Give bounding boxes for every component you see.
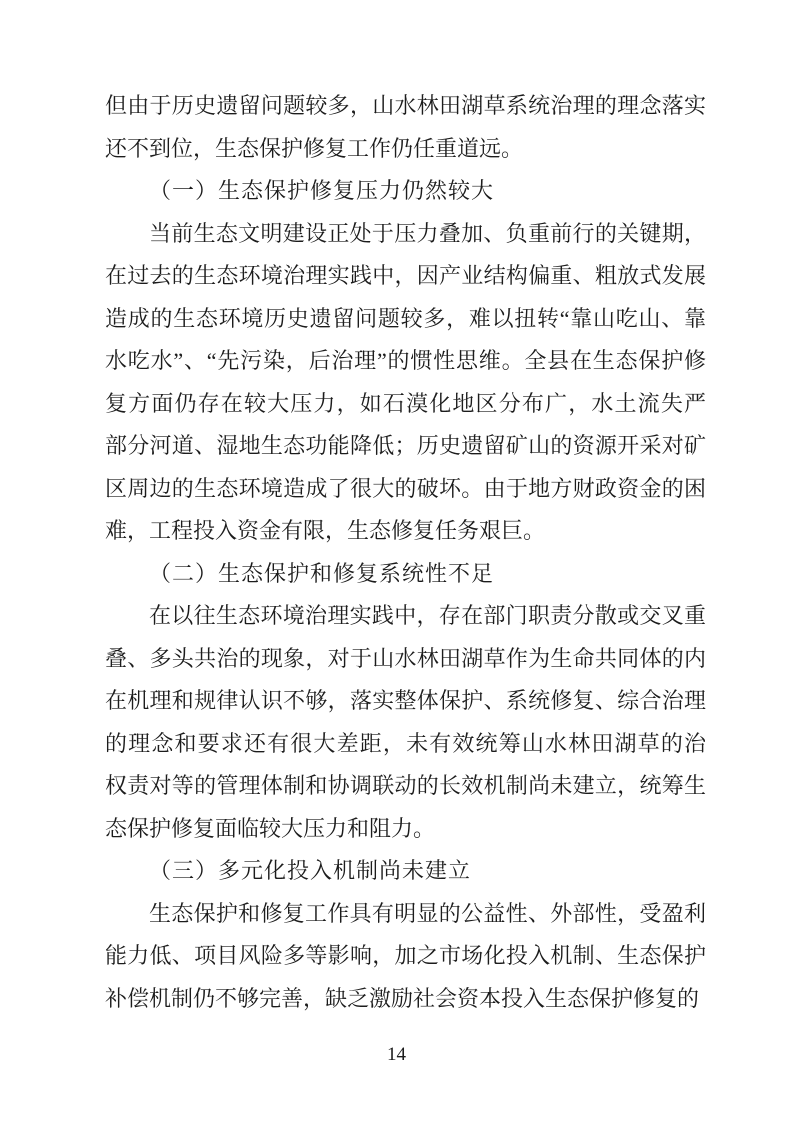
body-text-line: 生态保护和修复工作具有明显的公益性、外部性，受盈利 bbox=[105, 893, 706, 936]
paragraph: 当前生态文明建设正处于压力叠加、负重前行的关键期，在过去的生态环境治理实践中，因… bbox=[105, 213, 706, 553]
body-text-line: 水吃水”、“先污染，后治理”的惯性思维。全县在生态保护修 bbox=[105, 340, 706, 383]
body-text-line: 复方面仍存在较大压力，如石漠化地区分布广，水土流失严重； bbox=[105, 383, 706, 426]
body-text-line: 区周边的生态环境造成了很大的破坏。由于地方财政资金的困 bbox=[105, 468, 706, 511]
body-text-line: 当前生态文明建设正处于压力叠加、负重前行的关键期， bbox=[105, 213, 706, 256]
paragraph: 生态保护和修复工作具有明显的公益性、外部性，受盈利能力低、项目风险多等影响，加之… bbox=[105, 893, 706, 1021]
body-text-line: 造成的生态环境历史遗留问题较多，难以扭转“靠山吃山、靠 bbox=[105, 298, 706, 341]
section-heading: （一）生态保护修复压力仍然较大 bbox=[105, 170, 706, 213]
heading-text-line: （一）生态保护修复压力仍然较大 bbox=[105, 170, 706, 213]
body-text-line: 难，工程投入资金有限，生态修复任务艰巨。 bbox=[105, 510, 706, 553]
body-text-line: 在过去的生态环境治理实践中，因产业结构偏重、粗放式发展 bbox=[105, 255, 706, 298]
body-text-line: 能力低、项目风险多等影响，加之市场化投入机制、生态保护 bbox=[105, 935, 706, 978]
body-text-line: 在机理和规律认识不够，落实整体保护、系统修复、综合治理 bbox=[105, 680, 706, 723]
body-text-line: 权责对等的管理体制和协调联动的长效机制尚未建立，统筹生 bbox=[105, 765, 706, 808]
body-text-line: 叠、多头共治的现象，对于山水林田湖草作为生命共同体的内 bbox=[105, 638, 706, 681]
document-page: 但由于历史遗留问题较多，山水林田湖草系统治理的理念落实还不到位，生态保护修复工作… bbox=[0, 0, 793, 1122]
section-heading: （三）多元化投入机制尚未建立 bbox=[105, 850, 706, 893]
body-text-line: 部分河道、湿地生态功能降低；历史遗留矿山的资源开采对矿 bbox=[105, 425, 706, 468]
paragraph: 在以往生态环境治理实践中，存在部门职责分散或交叉重叠、多头共治的现象，对于山水林… bbox=[105, 595, 706, 850]
heading-text-line: （三）多元化投入机制尚未建立 bbox=[105, 850, 706, 893]
body-text-line: 的理念和要求还有很大差距，未有效统筹山水林田湖草的治理。 bbox=[105, 723, 706, 766]
heading-text-line: （二）生态保护和修复系统性不足 bbox=[105, 553, 706, 596]
document-content: 但由于历史遗留问题较多，山水林田湖草系统治理的理念落实还不到位，生态保护修复工作… bbox=[105, 85, 706, 1020]
body-text-line: 但由于历史遗留问题较多，山水林田湖草系统治理的理念落实 bbox=[105, 85, 706, 128]
body-text-line: 还不到位，生态保护修复工作仍任重道远。 bbox=[105, 128, 706, 171]
page-number: 14 bbox=[0, 1040, 793, 1070]
section-heading: （二）生态保护和修复系统性不足 bbox=[105, 553, 706, 596]
body-text-line: 态保护修复面临较大压力和阻力。 bbox=[105, 808, 706, 851]
body-text-line: 在以往生态环境治理实践中，存在部门职责分散或交叉重 bbox=[105, 595, 706, 638]
body-text-line: 补偿机制仍不够完善，缺乏激励社会资本投入生态保护修复的 bbox=[105, 978, 706, 1021]
paragraph: 但由于历史遗留问题较多，山水林田湖草系统治理的理念落实还不到位，生态保护修复工作… bbox=[105, 85, 706, 170]
